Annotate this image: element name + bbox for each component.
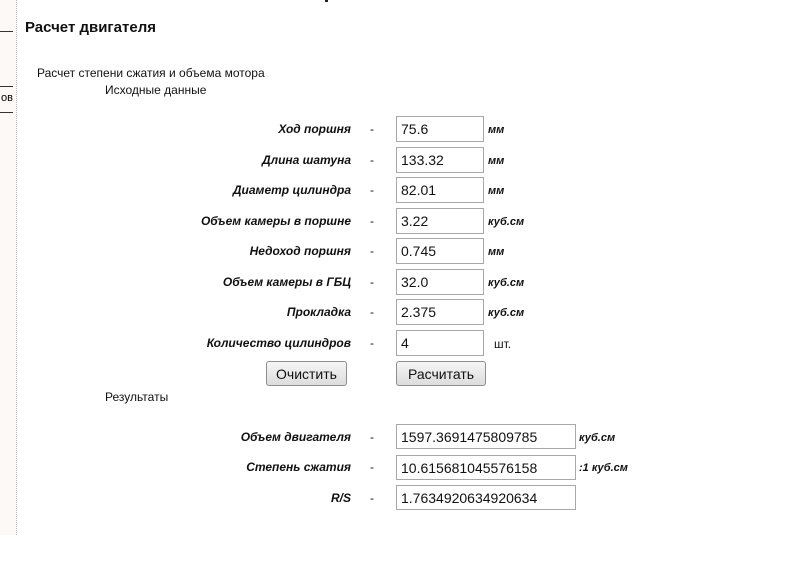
separator: - [370, 460, 374, 474]
clear-button[interactable]: Очистить [266, 361, 347, 386]
displacement-output[interactable] [396, 424, 576, 449]
top-edge-mark [325, 0, 328, 2]
inputs-heading: Исходные данные [105, 83, 206, 97]
unit-label: куб.см [488, 307, 524, 319]
input-label: Количество цилиндров [207, 336, 351, 350]
separator: - [370, 153, 374, 167]
input-label: Объем камеры в поршне [201, 214, 351, 228]
input-label: Длина шатуна [262, 153, 351, 167]
separator: - [370, 275, 374, 289]
result-label: R/S [331, 491, 351, 505]
input-label: Диаметр цилиндра [233, 183, 351, 197]
cylinders-input[interactable] [396, 330, 484, 356]
page-root: ов Расчет двигателя Расчет степени сжати… [0, 0, 801, 562]
unit-label: шт. [494, 337, 511, 351]
gasket-input[interactable] [396, 299, 484, 325]
unit-label: :1 куб.см [579, 462, 628, 474]
page-subtitle: Расчет степени сжатия и объема мотора [37, 66, 265, 80]
sidebar-divider [0, 86, 13, 87]
results-heading: Результаты [105, 390, 168, 404]
result-label: Объем двигателя [241, 430, 351, 444]
unit-label: мм [488, 246, 504, 258]
deck-height-input[interactable] [396, 238, 484, 264]
sidebar-divider [0, 31, 13, 32]
result-label: Степень сжатия [246, 460, 351, 474]
compression-ratio-output[interactable] [396, 455, 576, 480]
separator: - [370, 214, 374, 228]
unit-label: мм [488, 124, 504, 136]
unit-label: куб.см [488, 277, 524, 289]
separator: - [370, 336, 374, 350]
input-label: Ход поршня [278, 122, 351, 136]
sidebar-divider [0, 112, 13, 113]
unit-label: куб.см [488, 216, 524, 228]
unit-label: мм [488, 155, 504, 167]
bore-input[interactable] [396, 177, 484, 203]
unit-label: мм [488, 185, 504, 197]
separator: - [370, 122, 374, 136]
unit-label: куб.см [579, 432, 615, 444]
input-label: Недоход поршня [250, 244, 351, 258]
rod-length-input[interactable] [396, 147, 484, 173]
separator: - [370, 183, 374, 197]
input-label: Прокладка [287, 305, 351, 319]
piston-chamber-input[interactable] [396, 208, 484, 234]
separator: - [370, 491, 374, 505]
sidebar-item-partial[interactable]: ов [0, 92, 13, 104]
separator: - [370, 244, 374, 258]
stroke-input[interactable] [396, 116, 484, 142]
rod-stroke-ratio-output[interactable] [396, 485, 576, 510]
page-title: Расчет двигателя [25, 19, 156, 36]
input-label: Объем камеры в ГБЦ [223, 275, 351, 289]
head-chamber-input[interactable] [396, 269, 484, 295]
left-sidebar: ов [0, 0, 17, 535]
separator: - [370, 430, 374, 444]
separator: - [370, 305, 374, 319]
calculate-button[interactable]: Расчитать [396, 361, 486, 386]
